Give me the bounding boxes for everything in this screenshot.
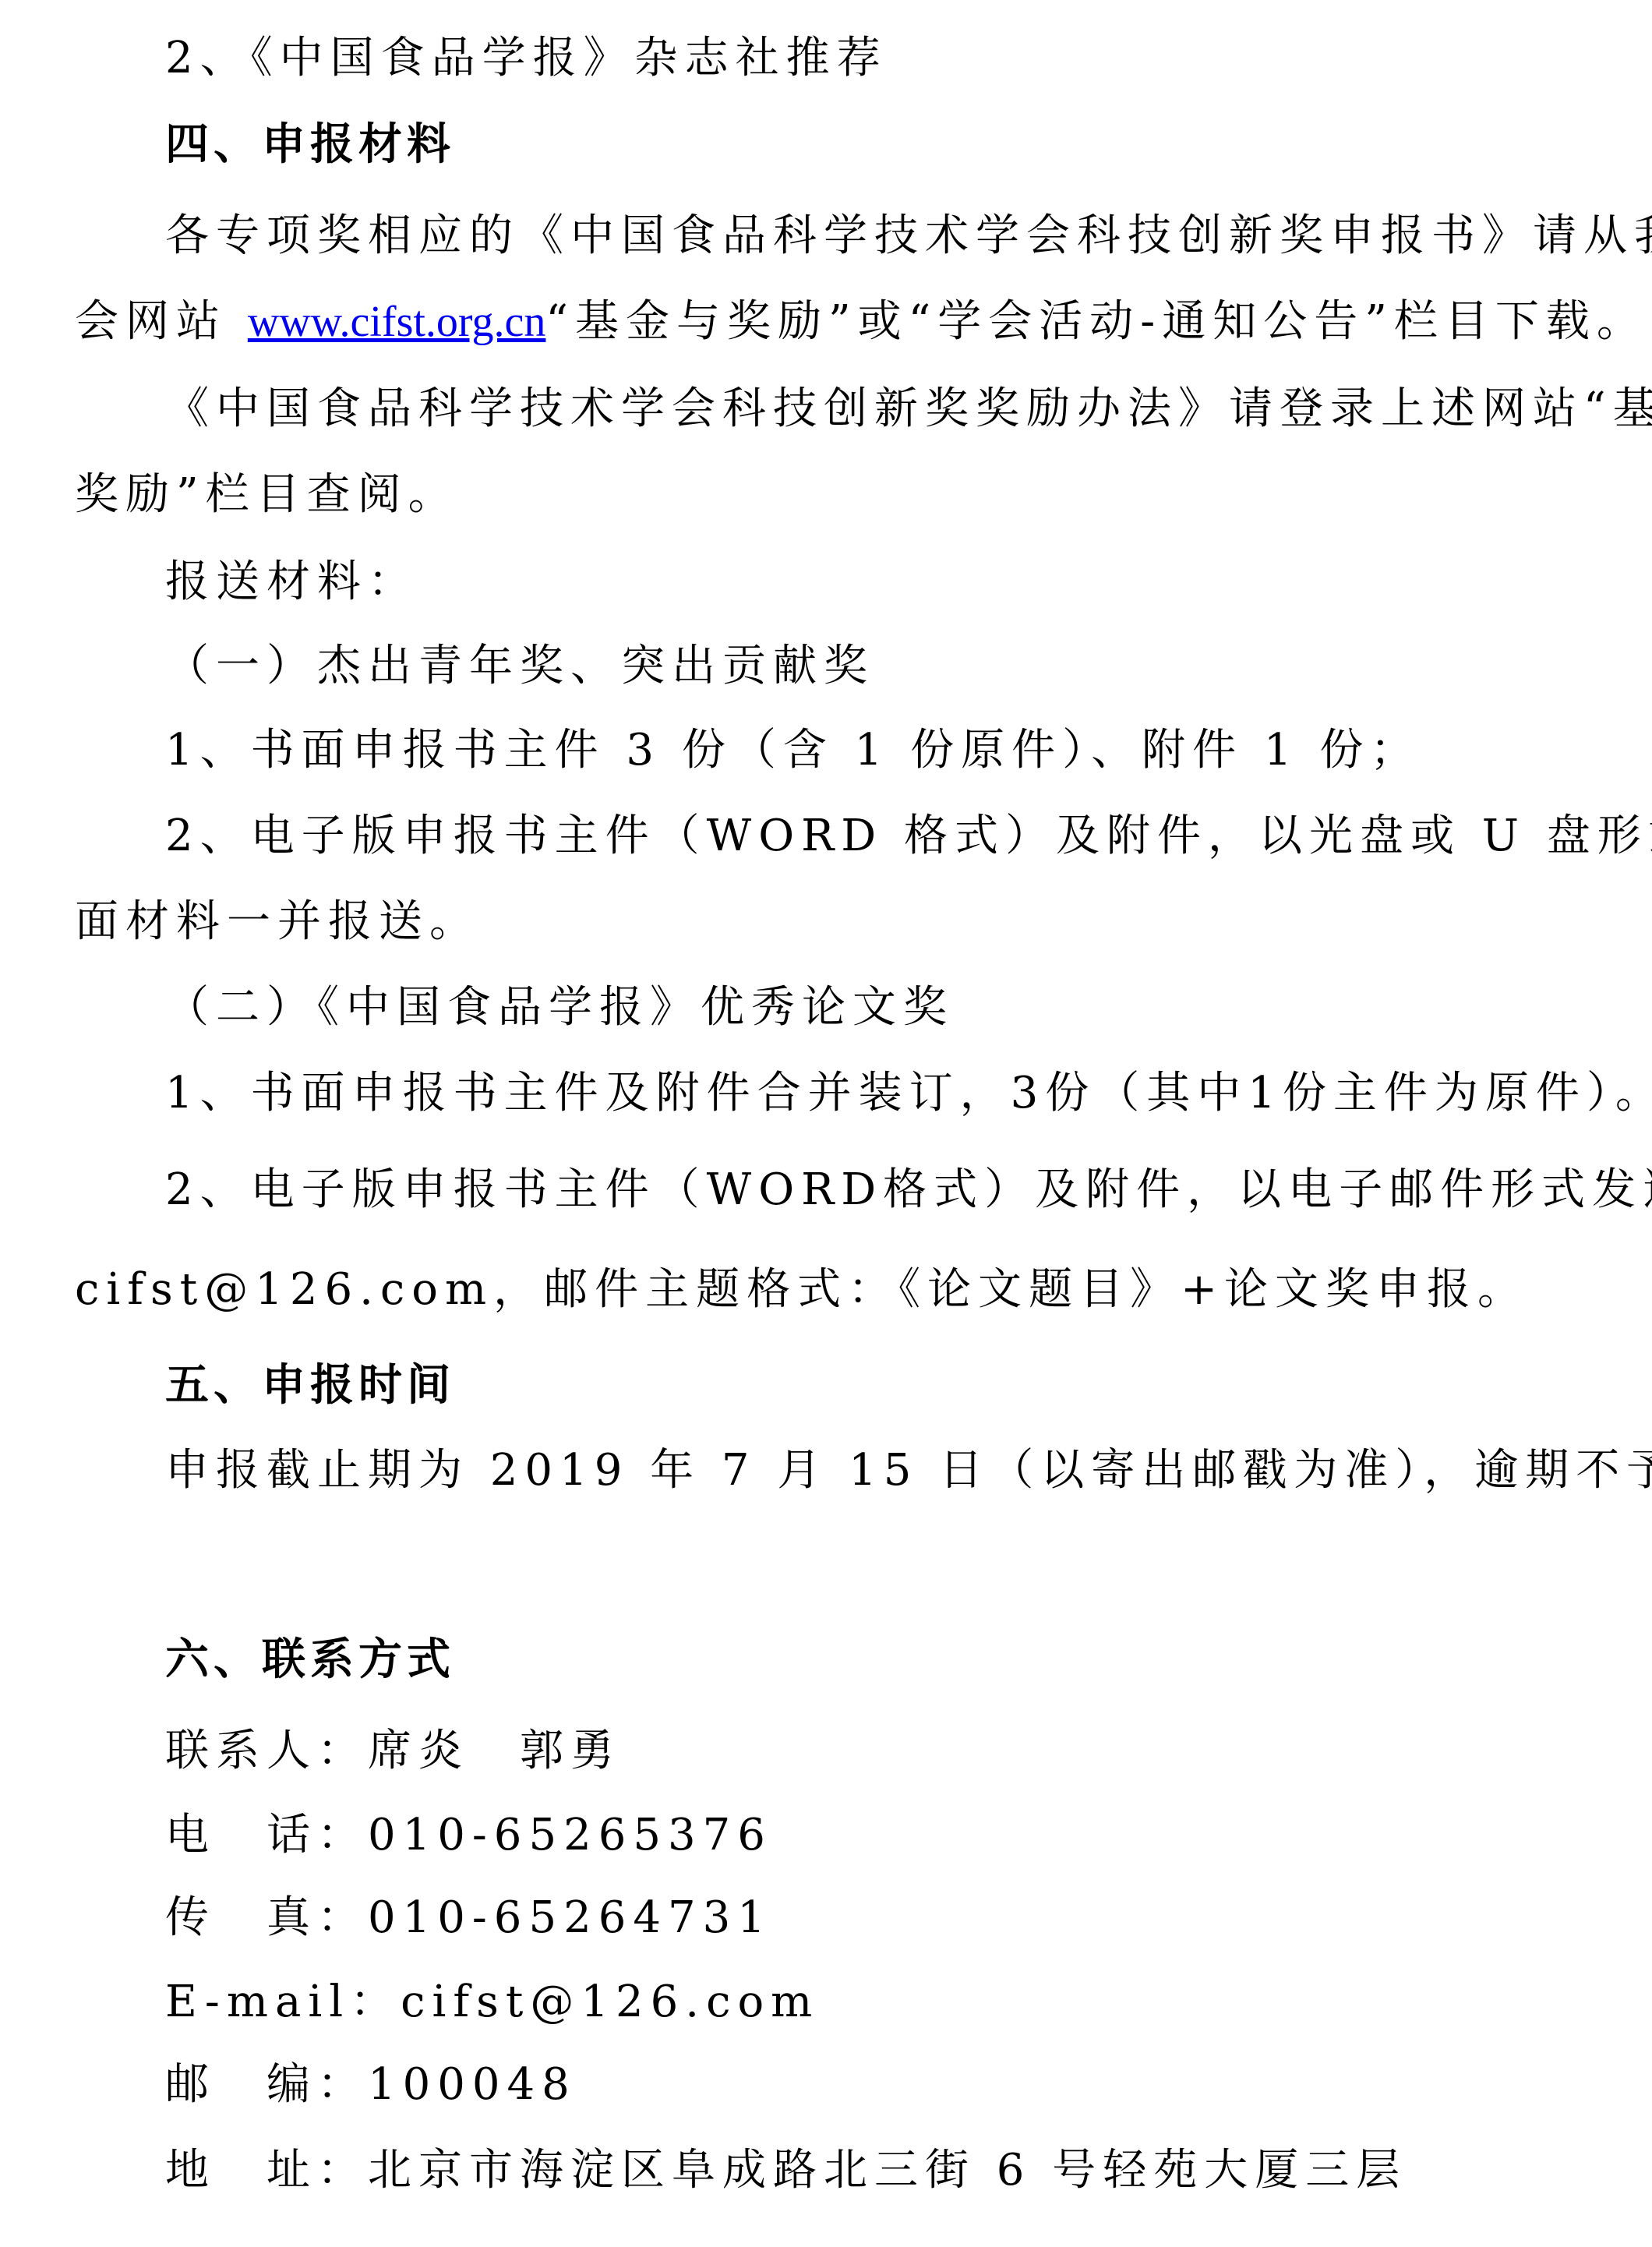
section-4-para2-line1: 《中国食品科学技术学会科技创新奖奖励办法》请登录上述网站“基金与 (165, 382, 1652, 436)
deadline-text: 申报截止期为 2019 年 7 月 15 日（以寄出邮戳为准），逾期不予受理。 (165, 1443, 1652, 1498)
recommendation-item-2: 2、《中国食品学报》杂志社推荐 (165, 31, 888, 86)
subsection-1-item-2-line2: 面材料一并报送。 (75, 895, 480, 949)
subsection-1-item-1: 1、书面申报书主件 3 份（含 1 份原件）、附件 1 份； (165, 723, 1421, 778)
contact-address: 地 址：北京市海淀区阜成路北三街 6 号轻苑大厦三层 (165, 2143, 1407, 2198)
section-4-para2-line2: 奖励”栏目查阅。 (75, 468, 459, 522)
contact-fax: 传 真：010-65264731 (165, 1891, 772, 1945)
subsection-1-item-2-line1: 2、电子版申报书主件（WORD 格式）及附件，以光盘或 U 盘形式随书 (165, 809, 1652, 864)
para1-prefix: 会网站 (75, 296, 248, 347)
materials-label: 报送材料： (165, 555, 418, 609)
section-6-heading: 六、联系方式 (165, 1632, 455, 1687)
section-4-para1-line2: 会网站 www.cifst.org.cn“基金与奖励”或“学会活动-通知公告”栏… (75, 295, 1647, 349)
subsection-1-title: （一）杰出青年奖、突出贡献奖 (165, 639, 874, 694)
section-5-heading: 五、申报时间 (165, 1358, 455, 1412)
subsection-2-item-2-line1: 2、电子版申报书主件（WORD格式）及附件，以电子邮件形式发送到 (165, 1163, 1652, 1217)
para1-suffix: “基金与奖励”或“学会活动-通知公告”栏目下载。 (545, 296, 1647, 347)
section-4-heading: 四、申报材料 (165, 117, 455, 171)
contact-email: E-mail：cifst@126.com (165, 1975, 819, 2030)
subsection-2-title: （二）《中国食品学报》优秀论文奖 (165, 980, 954, 1035)
contact-phone: 电 话：010-65265376 (165, 1808, 772, 1863)
subsection-2-item-2-line2: cifst@126.com，邮件主题格式：《论文题目》+论文奖申报。 (75, 1263, 1528, 1317)
section-4-para1-line1: 各专项奖相应的《中国食品科学技术学会科技创新奖申报书》请从我学 (165, 209, 1652, 263)
contact-persons: 联系人：席炎 郭勇 (165, 1724, 621, 1779)
subsection-2-item-1: 1、书面申报书主件及附件合并装订，3份（其中1份主件为原件）。 (165, 1066, 1652, 1121)
contact-postcode: 邮 编：100048 (165, 2058, 577, 2112)
website-link[interactable]: www.cifst.org.cn (248, 298, 546, 346)
